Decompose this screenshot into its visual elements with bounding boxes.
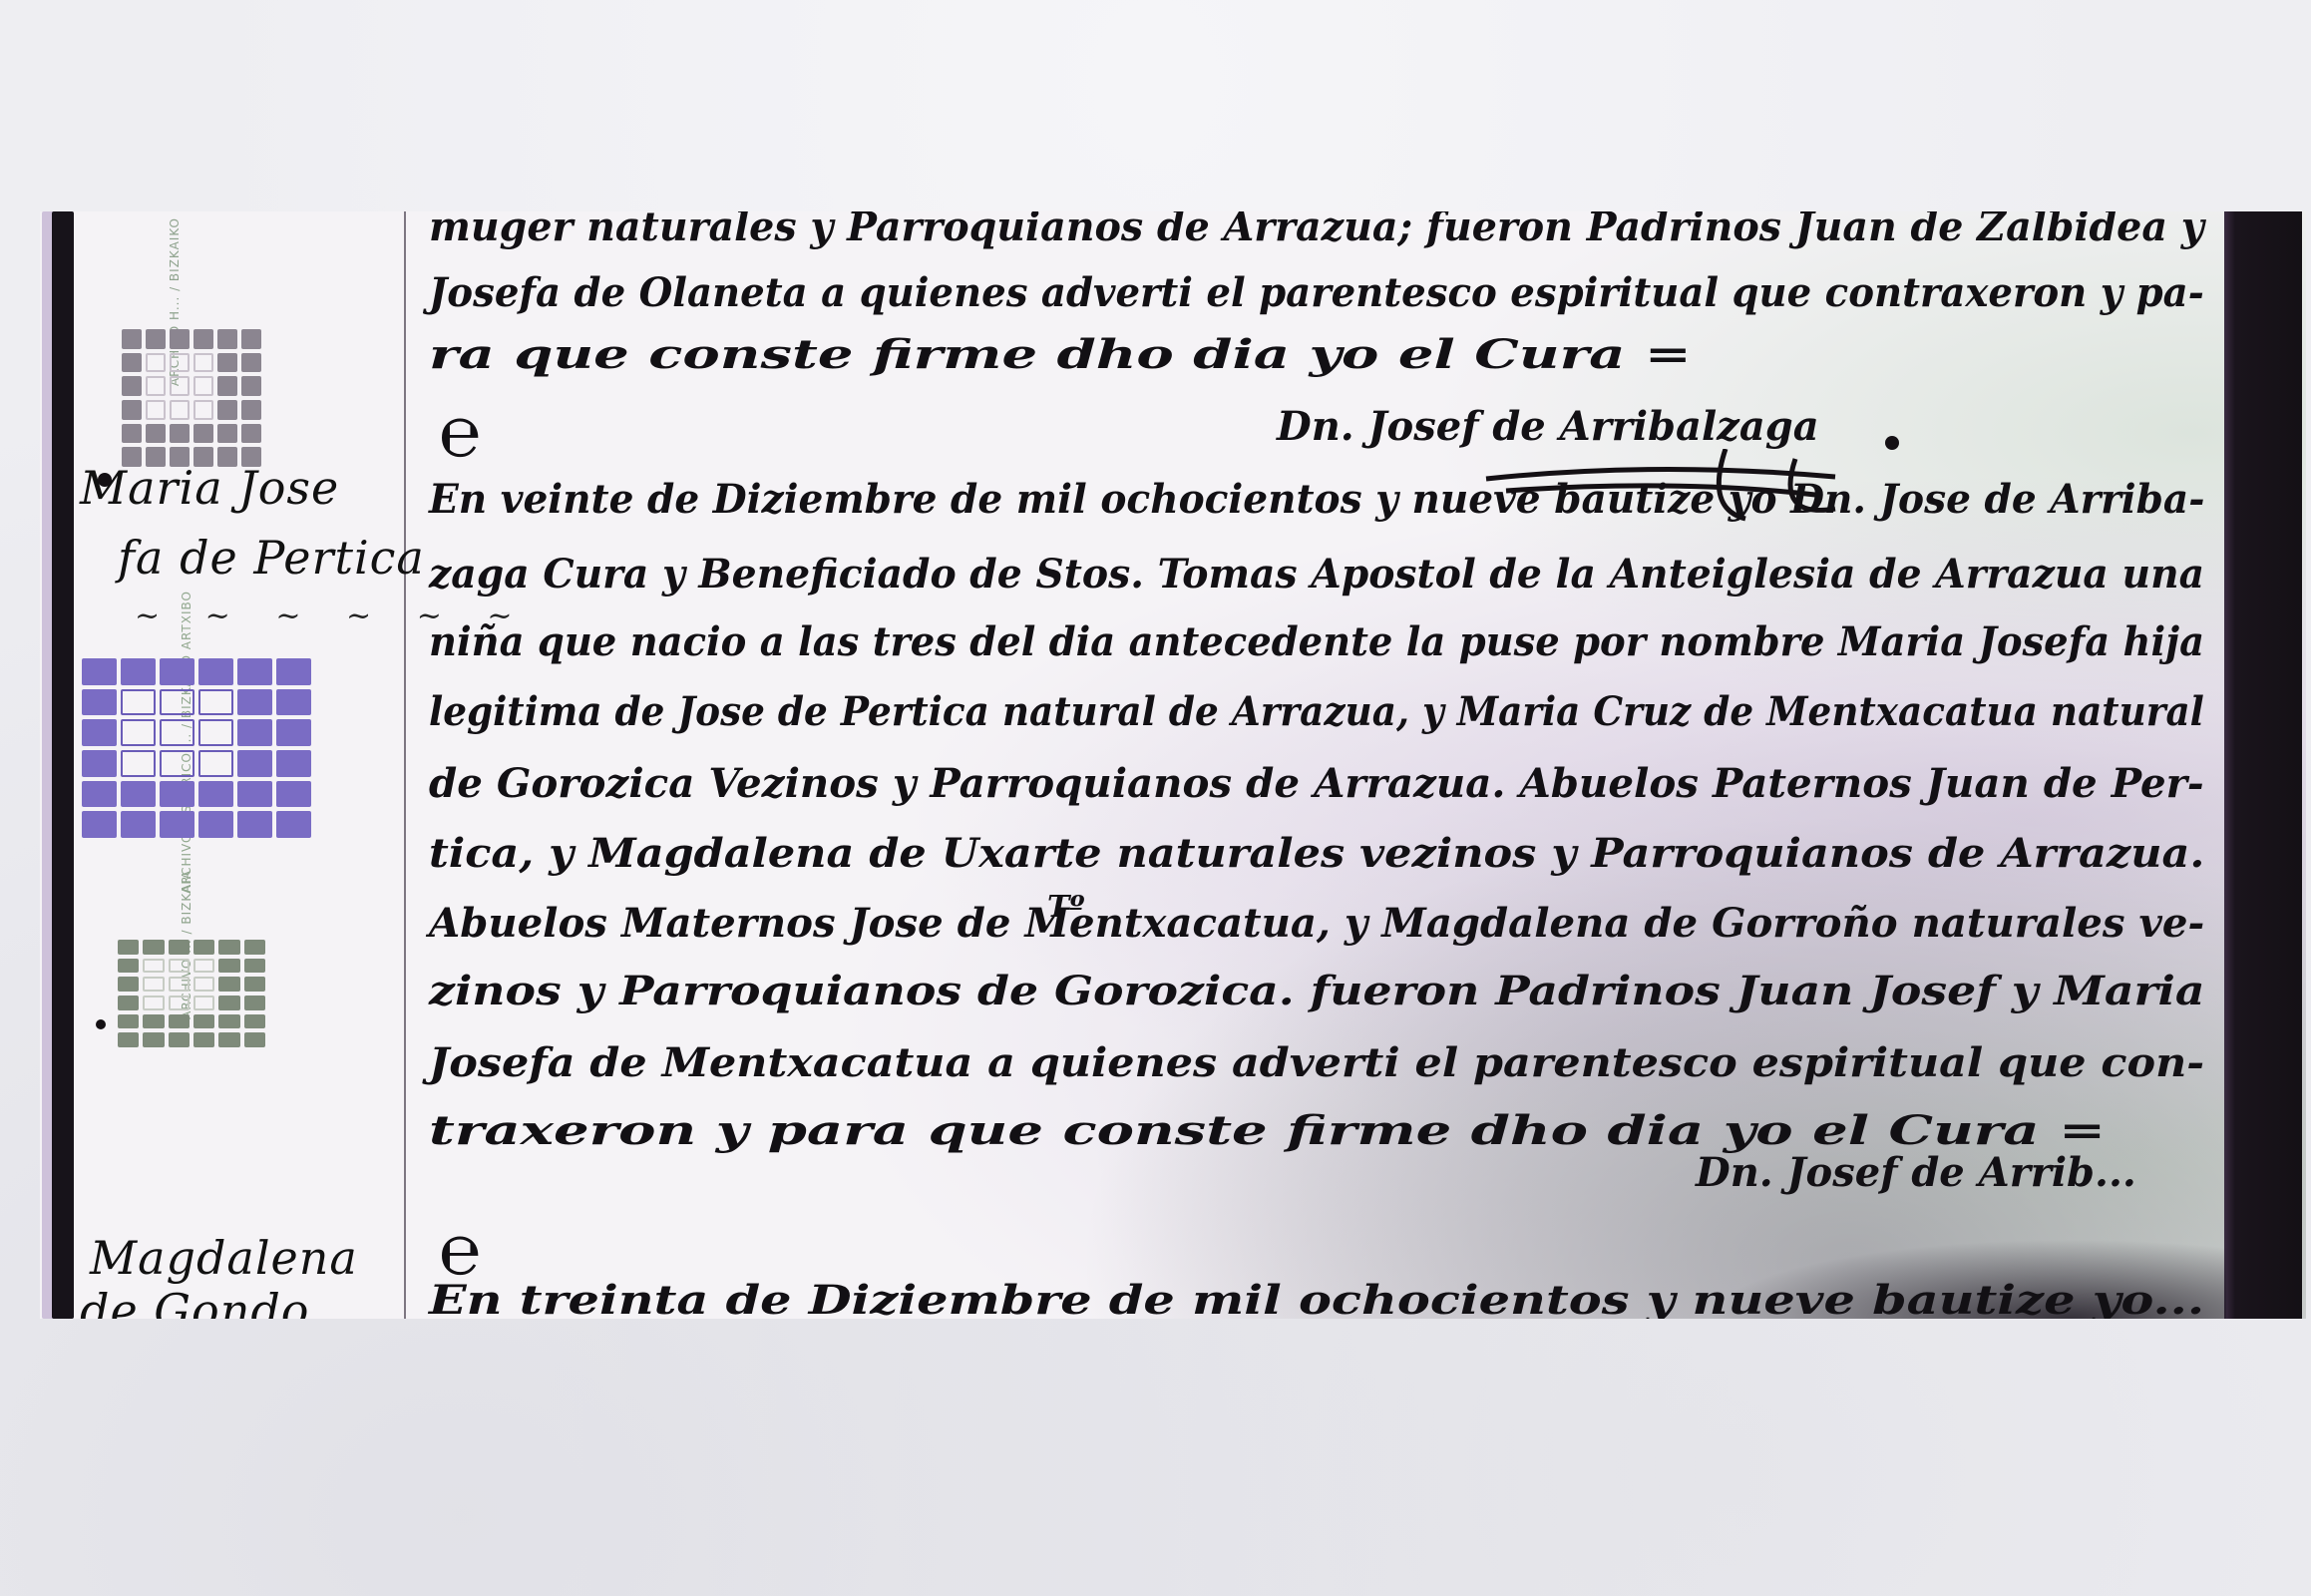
stamp-cell: [122, 400, 142, 420]
stamp-cell: [118, 940, 139, 955]
stamp-cell: [82, 781, 117, 808]
margin-rule: [404, 211, 406, 1319]
stamp-cell: [198, 689, 233, 716]
stamp-cell: [118, 996, 139, 1010]
stamp-cell: [169, 996, 190, 1010]
stamp-cell: [169, 959, 190, 974]
binding-edge: [52, 211, 74, 1319]
stamp-cell: [121, 811, 156, 838]
stamp-cell: [193, 1014, 214, 1029]
stamp-cell: [237, 811, 272, 838]
stamp-cell: [237, 781, 272, 808]
register-line: tica, y Magdalena de Uxarte naturales ve…: [429, 830, 2204, 877]
stamp-cell: [160, 689, 194, 716]
stamp-cell: [276, 811, 311, 838]
stamp-cell: [244, 959, 265, 974]
stamp-cell: [118, 1032, 139, 1047]
stamp-cell: [276, 750, 311, 777]
stamp-cell: [193, 959, 214, 974]
priest-signature: Dn. Josef de Arrib...: [1696, 1149, 2136, 1196]
stamp-cell: [237, 689, 272, 716]
stamp-cell: [198, 781, 233, 808]
stamp-cell: [217, 376, 237, 396]
margin-note: Tº: [1047, 890, 1084, 925]
register-line: Josefa de Mentxacatua a quienes adverti …: [429, 1039, 2204, 1086]
stamp-cell: [244, 996, 265, 1010]
archive-stamp: [118, 940, 265, 1047]
register-line: zaga Cura y Beneficiado de Stos. Tomas A…: [429, 551, 2204, 598]
archive-stamp: [82, 658, 311, 838]
stamp-cell: [169, 977, 190, 992]
stamp-cell: [193, 424, 213, 444]
stamp-cell: [146, 376, 166, 396]
stamp-cell: [122, 329, 142, 349]
register-line: Abuelos Maternos Jose de Mentxacatua, y …: [429, 900, 2204, 947]
stamp-cell: [169, 1014, 190, 1029]
stamp-cell: [244, 1032, 265, 1047]
register-line: zinos y Parroquianos de Gorozica. fueron…: [429, 968, 2205, 1014]
register-line: traxeron y para que conste firme dho dia…: [429, 1107, 2106, 1154]
stamp-cell: [82, 689, 117, 716]
stamp-cell: [82, 658, 117, 685]
stamp-cell: [198, 750, 233, 777]
stamp-cell: [241, 329, 261, 349]
stamp-cell: [160, 719, 194, 746]
stamp-cell: [276, 719, 311, 746]
stamp-cell: [122, 376, 142, 396]
stamp-cell: [82, 719, 117, 746]
stamp-cell: [82, 750, 117, 777]
margin-name-line2: de Gondo...: [80, 1284, 356, 1319]
stamp-cell: [121, 689, 156, 716]
stamp-cell: [122, 424, 142, 444]
archive-stamp: [122, 329, 261, 467]
stamp-cell: [121, 658, 156, 685]
stamp-cell: [244, 1014, 265, 1029]
stamp-cell: [170, 353, 190, 373]
stamp-cell: [169, 940, 190, 955]
stamp-cell: [198, 658, 233, 685]
stamp-cell: [160, 781, 194, 808]
stamp-cell: [170, 376, 190, 396]
stamp-cell: [170, 400, 190, 420]
stamp-cell: [160, 658, 194, 685]
stamp-cell: [121, 750, 156, 777]
register-line: muger naturales y Parroquianos de Arrazu…: [429, 211, 2204, 250]
stamp-cell: [143, 940, 164, 955]
stamp-cell: [218, 1014, 239, 1029]
stamp-cell: [193, 400, 213, 420]
stamp-cell: [170, 424, 190, 444]
stamp-cell: [193, 996, 214, 1010]
margin-name-line1: Magdalena: [90, 1231, 358, 1285]
stamp-cell: [218, 977, 239, 992]
stamp-cell: [146, 424, 166, 444]
margin-name-line2: fa de Pertica: [118, 531, 425, 585]
stamp-cell: [237, 750, 272, 777]
scan-dark-edge: [2224, 211, 2302, 1319]
stamp-cell: [118, 959, 139, 974]
register-line: niña que nacio a las tres del dia antece…: [429, 618, 2204, 665]
register-line: de Gorozica Vezinos y Parroquianos de Ar…: [429, 760, 2204, 807]
register-line: En treinta de Diziembre de mil ochocient…: [429, 1277, 2204, 1319]
stamp-cell: [169, 1032, 190, 1047]
stamp-cell: [241, 424, 261, 444]
stamp-cell: [121, 781, 156, 808]
stamp-cell: [244, 940, 265, 955]
stamp-cell: [218, 996, 239, 1010]
stamp-cell: [118, 1014, 139, 1029]
margin-name-line1: Maria Jose: [80, 461, 339, 515]
stamp-cell: [160, 811, 194, 838]
stamp-cell: [198, 719, 233, 746]
stamp-cell: [193, 977, 214, 992]
stamp-cell: [143, 1014, 164, 1029]
stamp-cell: [82, 811, 117, 838]
stamp-cell: [217, 400, 237, 420]
register-line: Josefa de Olaneta a quienes adverti el p…: [429, 269, 2204, 316]
stamp-cell: [193, 353, 213, 373]
stamp-cell: [218, 1032, 239, 1047]
register-line: legitima de Jose de Pertica natural de A…: [429, 688, 2204, 735]
priest-signature: Dn. Josef de Arribalzaga: [1277, 403, 1819, 450]
stamp-cell: [218, 959, 239, 974]
register-line: En veinte de Diziembre de mil ochociento…: [429, 476, 2204, 523]
stamp-cell: [146, 329, 166, 349]
stamp-cell: [218, 940, 239, 955]
stamp-cell: [143, 996, 164, 1010]
register-line: ra que conste firme dho dia yo el Cura =: [429, 331, 1692, 378]
stamp-cell: [276, 781, 311, 808]
entry-initial: ℮: [439, 391, 481, 474]
stamp-cell: [146, 400, 166, 420]
stamp-cell: [143, 959, 164, 974]
stamp-cell: [146, 353, 166, 373]
stamp-cell: [193, 329, 213, 349]
ink-blot: [98, 473, 112, 487]
stamp-cell: [122, 353, 142, 373]
ink-blot: [1885, 436, 1899, 450]
stamp-cell: [143, 1032, 164, 1047]
stamp-cell: [193, 1032, 214, 1047]
stamp-cell: [121, 719, 156, 746]
stamp-cell: [193, 940, 214, 955]
stamp-cell: [193, 376, 213, 396]
stamp-cell: [198, 811, 233, 838]
stamp-cell: [241, 400, 261, 420]
stamp-cell: [241, 376, 261, 396]
stamp-cell: [237, 719, 272, 746]
ink-blot: [96, 1019, 106, 1029]
stamp-cell: [217, 329, 237, 349]
stamp-cell: [170, 329, 190, 349]
stamp-cell: [244, 977, 265, 992]
stamp-cell: [276, 658, 311, 685]
stamp-cell: [143, 977, 164, 992]
stamp-cell: [237, 658, 272, 685]
register-scan: ARCHIVO H... / BIZKAIKO Maria Jose fa de…: [40, 211, 2306, 1319]
stamp-cell: [217, 353, 237, 373]
stamp-cell: [118, 977, 139, 992]
stamp-cell: [241, 353, 261, 373]
stamp-cell: [217, 424, 237, 444]
stamp-cell: [160, 750, 194, 777]
stamp-cell: [276, 689, 311, 716]
